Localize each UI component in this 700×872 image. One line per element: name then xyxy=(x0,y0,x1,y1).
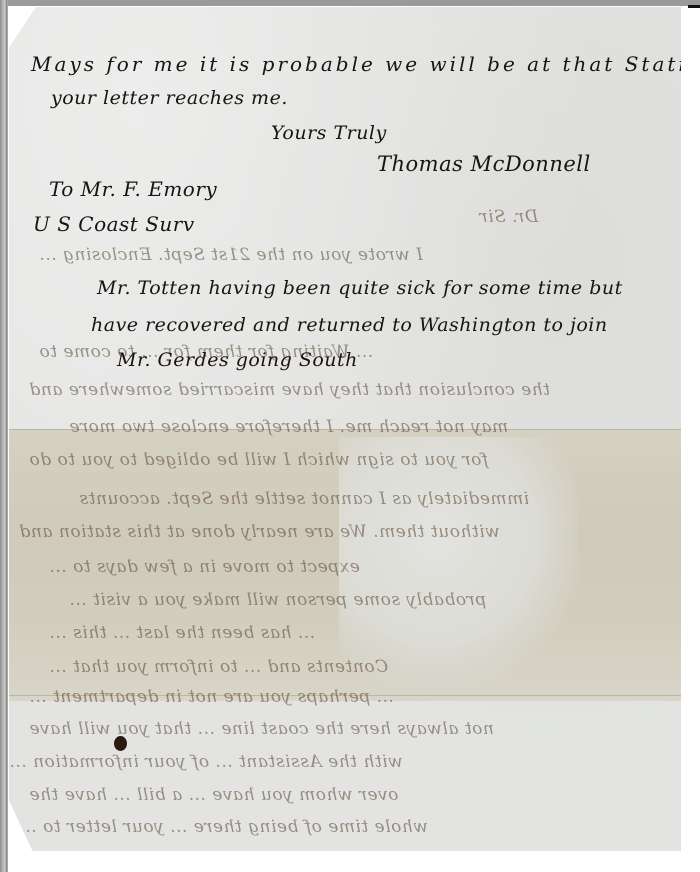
letter-line: have recovered and returned to Washingto… xyxy=(91,314,608,336)
bleed-line: over whom you have ... a bill ... have t… xyxy=(29,785,398,805)
bleed-line: may not reach me. I therefore enclose tw… xyxy=(69,417,508,437)
bleed-line: for you to sign which I will be obliged … xyxy=(29,450,488,470)
signature: Thomas McDonnell xyxy=(377,152,591,176)
scanner-corner-mark xyxy=(688,5,700,8)
bleed-line: not always here the coast line ... that … xyxy=(29,719,494,739)
bleed-line: with the Assistant ... of your informati… xyxy=(9,752,403,772)
scanned-letter-page: Dr. Sir I wrote you on the 21st Sept. En… xyxy=(0,0,700,872)
bleed-line: probably some person will make you a vis… xyxy=(69,590,486,610)
bleed-line: ... perhaps you are not in department ..… xyxy=(29,687,394,707)
bleed-line: Dr. Sir xyxy=(479,207,538,227)
scanner-left-edge xyxy=(0,0,8,872)
bleed-line: I wrote you on the 21st Sept. Enclosing … xyxy=(39,245,423,265)
bleed-line: ... has been the last ... this ... xyxy=(49,623,315,643)
letter-line: Mr. Gerdes going South xyxy=(117,349,358,371)
closing: Yours Truly xyxy=(271,122,387,144)
bleed-line: immediately as I cannot settle the Sept.… xyxy=(79,489,529,509)
ink-blot xyxy=(114,736,127,751)
address-line: To Mr. F. Emory xyxy=(49,177,217,201)
letter-line: your letter reaches me. xyxy=(51,87,288,109)
address-line: U S Coast Surv xyxy=(33,212,195,236)
bleed-line: the conclusion that they have miscarried… xyxy=(29,380,550,400)
bleed-line: Contents and ... to inform you that ... xyxy=(49,657,388,677)
scanner-top-edge xyxy=(0,0,700,6)
letter-line: Mr. Totten having been quite sick for so… xyxy=(97,277,623,299)
letter-line: Mays for me it is probable we will be at… xyxy=(31,52,681,76)
water-stain-light-patch xyxy=(339,437,579,687)
bleed-line: whole time of being there ... your lette… xyxy=(19,817,428,837)
bleed-line: without them. We are nearly done at this… xyxy=(19,522,500,542)
letter-paper: Dr. Sir I wrote you on the 21st Sept. En… xyxy=(9,7,681,851)
bleed-line: expect to move in a few days to ... xyxy=(49,557,360,577)
